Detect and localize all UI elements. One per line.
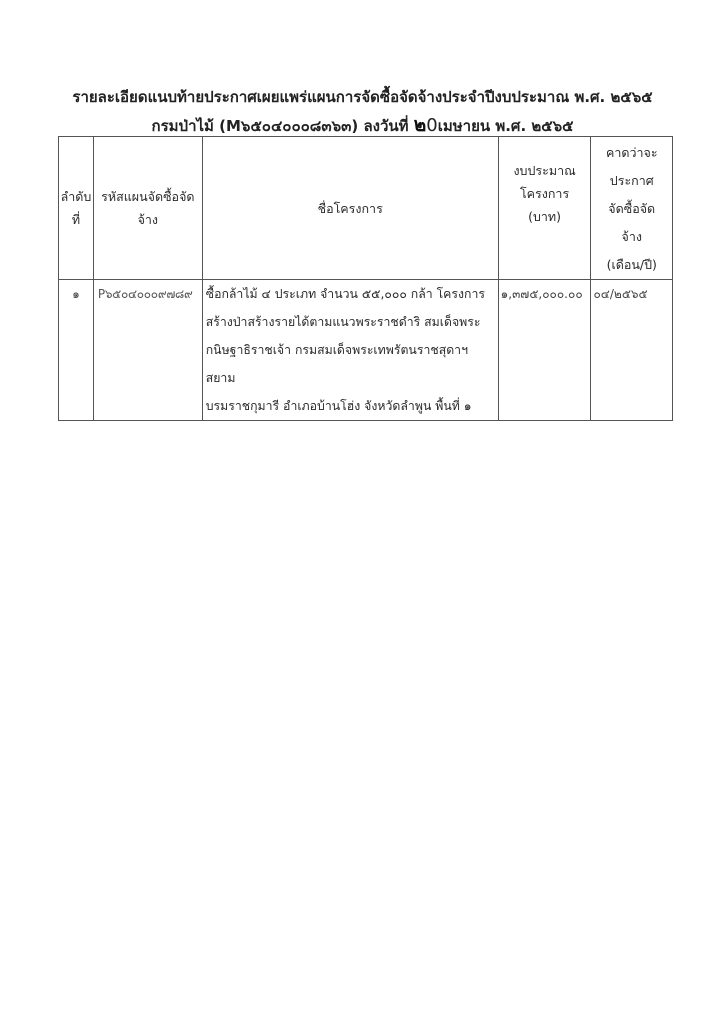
table-row: ๑ P๖๕๐๔๐๐๐๙๗๘๙ ซื้อกล้าไม้ ๔ ประเภท จำนว… (59, 280, 673, 421)
header-expected-period: คาดว่าจะ ประกาศ จัดซื้อจัด จ้าง (เดือน/ป… (591, 137, 673, 280)
header-text: ชื่อโครงการ (203, 197, 498, 220)
header-text: จัดซื้อจัด (591, 195, 672, 223)
header-text: (บาท) (499, 205, 591, 228)
subtitle-suffix: เมษายน พ.ศ. ๒๕๖๕ (438, 117, 574, 135)
header-text: ลำดับ (59, 185, 93, 208)
row-number: ๑ (59, 280, 94, 421)
date-day-handwritten: 0 (426, 115, 437, 136)
header-text: คาดว่าจะ (591, 139, 672, 167)
project-budget: ๑,๓๗๕,๐๐๐.๐๐ (498, 280, 591, 421)
project-name-line: กนิษฐาธิราชเจ้า กรมสมเด็จพระเทพรัตนราชสุ… (206, 336, 494, 392)
plan-code: P๖๕๐๔๐๐๐๙๗๘๙ (93, 280, 202, 421)
header-text: ที่ (59, 208, 93, 231)
project-name-line: ซื้อกล้าไม้ ๔ ประเภท จำนวน ๕๕,๐๐๐ กล้า โ… (206, 280, 494, 308)
table-header-row: ลำดับ ที่ รหัสแผนจัดซื้อจัด จ้าง ชื่อโคร… (59, 137, 673, 280)
header-text: โครงการ (499, 182, 591, 205)
date-day-stamp: ๒ (414, 114, 427, 136)
header-plan-code: รหัสแผนจัดซื้อจัด จ้าง (93, 137, 202, 280)
header-budget: งบประมาณ โครงการ (บาท) (498, 137, 591, 280)
project-name-line: สร้างป่าสร้างรายได้ตามแนวพระราชดำริ สมเด… (206, 308, 494, 336)
header-text: จ้าง (94, 208, 202, 231)
project-name-line: บรมราชกุมารี อำเภอบ้านโฮ่ง จังหวัดลำพูน … (206, 392, 494, 420)
procurement-plan-table: ลำดับ ที่ รหัสแผนจัดซื้อจัด จ้าง ชื่อโคร… (58, 136, 673, 421)
project-name: ซื้อกล้าไม้ ๔ ประเภท จำนวน ๕๕,๐๐๐ กล้า โ… (202, 280, 498, 421)
header-project-name: ชื่อโครงการ (202, 137, 498, 280)
header-text: (เดือน/ปี) (591, 251, 672, 279)
document-title: รายละเอียดแนบท้ายประกาศเผยแพร่แผนการจัดซ… (0, 85, 725, 109)
header-text: จ้าง (591, 223, 672, 251)
expected-period: ๐๔/๒๕๖๕ (591, 280, 673, 421)
header-text: ประกาศ (591, 167, 672, 195)
header-text: รหัสแผนจัดซื้อจัด (94, 185, 202, 208)
subtitle-prefix: กรมป่าไม้ (M๖๕๐๔๐๐๐๘๓๖๓) ลงวันที่ (152, 117, 409, 135)
header-no: ลำดับ ที่ (59, 137, 94, 280)
header-text: งบประมาณ (499, 159, 591, 182)
